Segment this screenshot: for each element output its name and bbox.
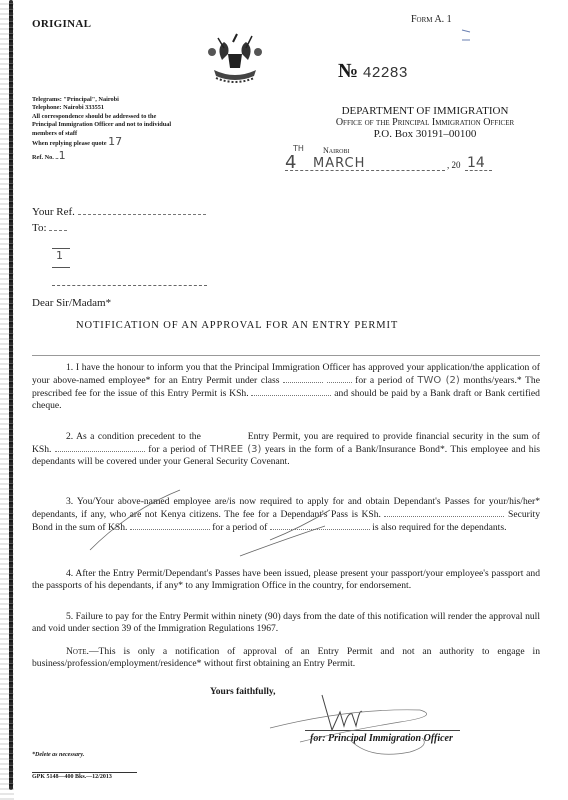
signature-line xyxy=(305,730,460,731)
entry-permit-period: TWO (2) xyxy=(417,375,459,386)
contact-info: Telegrams: "Principal", Nairobi Telephon… xyxy=(32,96,172,163)
when-replying: When replying please quote 17 xyxy=(32,138,172,148)
quote-value: 17 xyxy=(108,135,122,148)
p2-text-a: 2. As a condition precedent to the xyxy=(66,431,201,442)
your-ref: Your Ref. xyxy=(32,206,206,218)
closing: Yours faithfully, xyxy=(210,687,275,697)
form-label: Form A. 1 xyxy=(411,14,452,25)
p1-text-b: for a period of xyxy=(355,375,414,386)
p2-text-c: for a period of xyxy=(148,444,206,455)
security-sum-blank xyxy=(55,443,145,452)
paragraph-3: 3. You/Your above-named employee are/is … xyxy=(32,496,540,534)
date-field: TH Nairobi 4 MARCH , 20 14 xyxy=(285,148,495,174)
address-line-2 xyxy=(52,267,70,268)
paragraph-1: 1. I have the honour to inform you that … xyxy=(32,362,540,412)
address-mark: 1 xyxy=(56,249,63,262)
bond-period-blank xyxy=(270,521,370,530)
year-line xyxy=(465,170,492,171)
correspondence-note: All correspondence should be addressed t… xyxy=(32,113,172,138)
signatory: for: Principal Immigration Officer xyxy=(310,733,453,744)
p3-text-d: is also required for the dependants. xyxy=(372,522,506,533)
serial-number: № 42283 xyxy=(338,60,408,83)
serial-prefix: № xyxy=(338,60,358,82)
your-ref-label: Your Ref. xyxy=(32,206,75,218)
telegrams: Telegrams: "Principal", Nairobi xyxy=(32,96,172,104)
your-ref-line xyxy=(78,214,206,215)
salutation: Dear Sir/Madam* xyxy=(32,297,111,309)
po-box: P.O. Box 30191–00100 xyxy=(280,128,568,140)
paragraph-2: 2. As a condition precedent to the Entry… xyxy=(32,431,540,468)
address-line-3 xyxy=(52,285,207,286)
department-name: DEPARTMENT OF IMMIGRATION xyxy=(280,105,568,117)
p5-text: 5. Failure to pay for the Entry Permit w… xyxy=(32,611,540,635)
paragraph-5: 5. Failure to pay for the Entry Permit w… xyxy=(32,611,540,635)
bond-sum-blank xyxy=(130,521,210,530)
class-blank xyxy=(283,374,323,383)
date-line xyxy=(285,170,445,171)
note-paragraph: Note.—This is only a notification of app… xyxy=(32,646,540,670)
date-year: 14 xyxy=(467,155,485,171)
p4-text: 4. After the Entry Permit/Dependant's Pa… xyxy=(32,568,540,592)
note-label: Note. xyxy=(66,646,89,657)
class-blank-2 xyxy=(327,374,352,383)
to-label: To: xyxy=(32,222,47,234)
paragraph-4: 4. After the Entry Permit/Dependant's Pa… xyxy=(32,568,540,592)
note-text: —This is only a notification of approval… xyxy=(32,646,540,669)
p3-text-c: for a period of xyxy=(212,522,267,533)
date-year-prefix: , 20 xyxy=(447,160,461,170)
torn-edge xyxy=(9,0,13,790)
ref-value: 1 xyxy=(59,149,66,162)
when-replying-label: When replying please quote xyxy=(32,140,107,147)
city: Nairobi xyxy=(323,146,349,155)
date-month: MARCH xyxy=(313,156,365,171)
print-code: GPK 5148—400 Bks.—12/2013 xyxy=(32,772,137,780)
divider xyxy=(32,355,540,356)
telephone: Telephone: Nairobi 333551 xyxy=(32,104,172,112)
serial-value: 42283 xyxy=(363,65,408,82)
department-header: DEPARTMENT OF IMMIGRATION Office of the … xyxy=(280,105,568,140)
security-period: THREE (3) xyxy=(210,444,262,455)
office-name: Office of the Principal Immigration Offi… xyxy=(280,117,568,128)
copy-label: ORIGINAL xyxy=(32,18,91,30)
to-line xyxy=(49,230,67,231)
document-title: NOTIFICATION OF AN APPROVAL FOR AN ENTRY… xyxy=(76,320,398,331)
dependant-fee-blank xyxy=(384,508,504,517)
ref-no: Ref. No. ..1 xyxy=(32,152,172,162)
ref-label: Ref. No. .. xyxy=(32,154,59,161)
to-field: To: xyxy=(32,222,67,234)
kenya-coat-of-arms-icon xyxy=(200,30,270,92)
fee-blank xyxy=(251,387,331,396)
delete-note: *Delete as necessary. xyxy=(32,752,84,758)
